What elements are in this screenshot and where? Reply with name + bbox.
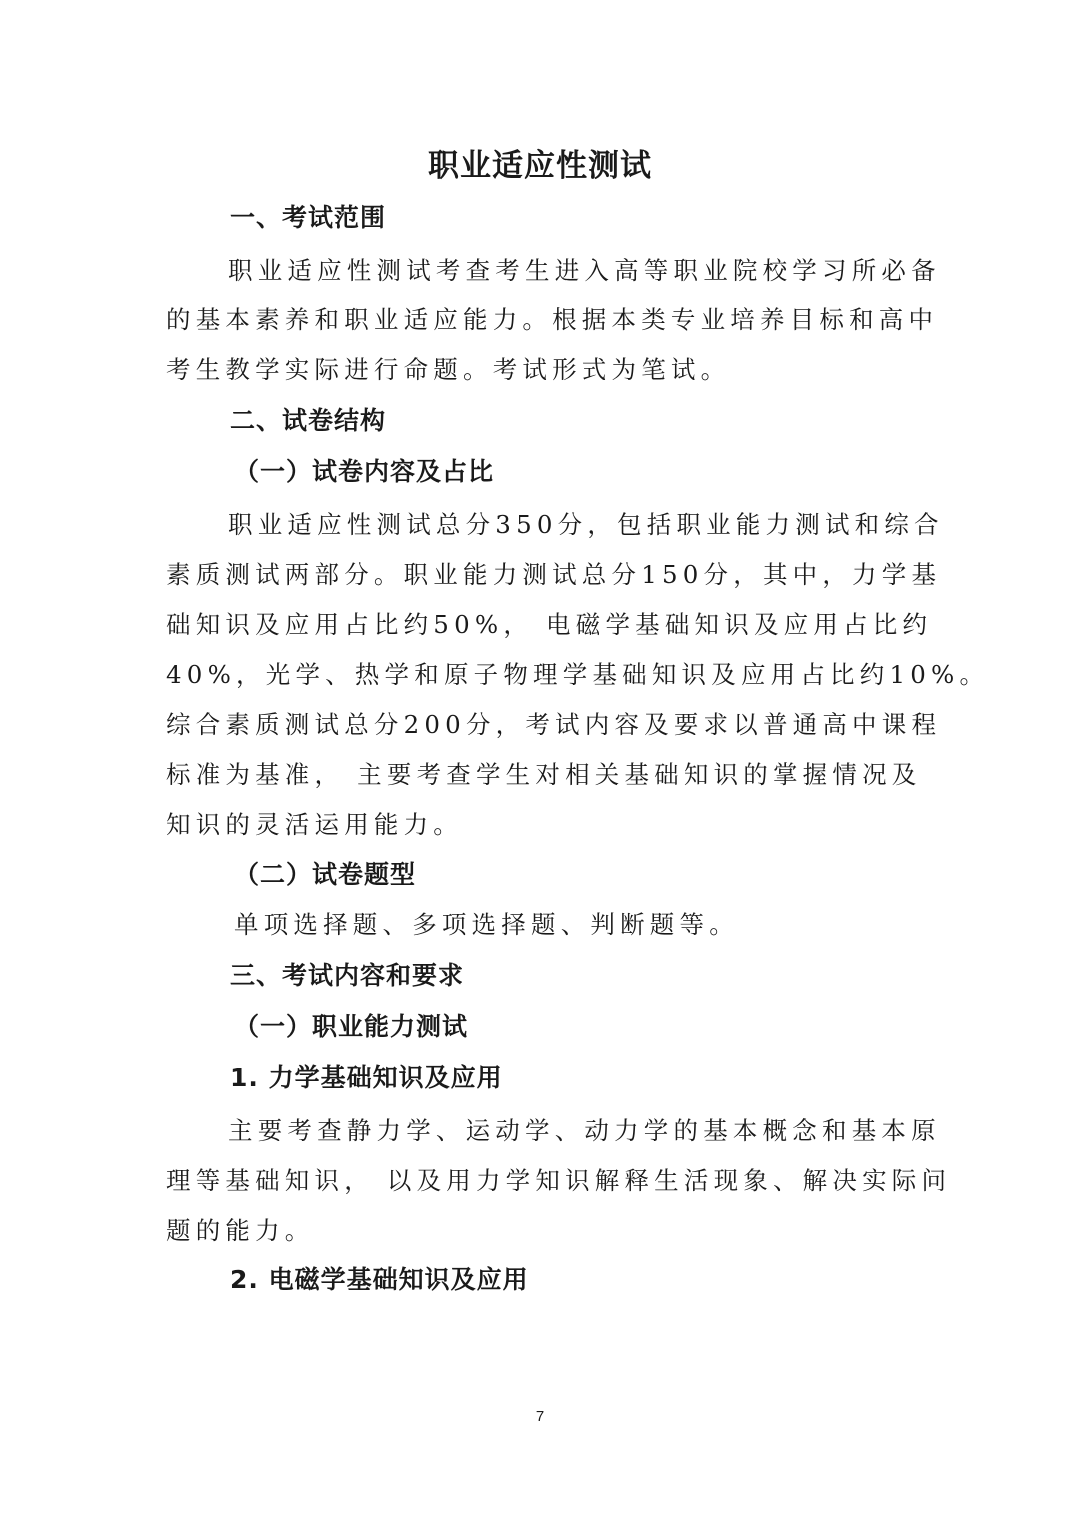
paragraph-line: 职业适应性测试考查考生进入高等职业院校学习所必备	[228, 252, 941, 287]
paragraph-line: 综合素质测试总分200分，考试内容及要求以普通高中课程	[166, 706, 941, 741]
paragraph-line: 考生教学实际进行命题。考试形式为笔试。	[166, 351, 730, 386]
page-number: 7	[0, 1408, 1080, 1425]
subheading-electromagnetism: 2. 电磁学基础知识及应用	[230, 1260, 529, 1296]
section-heading-scope: 一、考试范围	[230, 198, 386, 234]
paragraph-line: 素质测试两部分。职业能力测试总分150分，其中，力学基	[166, 556, 941, 591]
document-title: 职业适应性测试	[0, 140, 1080, 185]
paragraph-line: 础知识及应用占比约50%， 电磁学基础知识及应用占比约	[166, 606, 932, 641]
paragraph-line: 理等基础知识， 以及用力学知识解释生活现象、解决实际问	[166, 1162, 951, 1197]
paragraph-line: 标准为基准， 主要考查学生对相关基础知识的掌握情况及	[166, 756, 922, 791]
paragraph-line: 单项选择题、多项选择题、判断题等。	[234, 906, 739, 941]
paragraph-line: 职业适应性测试总分350分，包括职业能力测试和综合	[228, 506, 944, 541]
paragraph-line: 题的能力。	[166, 1212, 315, 1247]
paragraph-line: 40%，光学、热学和原子物理学基础知识及应用占比约10%。	[166, 656, 989, 691]
subheading-vocational-ability: （一）职业能力测试	[234, 1007, 468, 1043]
subheading-content-ratio: （一）试卷内容及占比	[234, 452, 494, 488]
paragraph-line: 知识的灵活运用能力。	[166, 806, 463, 841]
subheading-question-types: （二）试卷题型	[234, 855, 416, 891]
section-heading-content-requirements: 三、考试内容和要求	[230, 956, 464, 992]
paragraph-line: 的基本素养和职业适应能力。根据本类专业培养目标和高中	[166, 301, 938, 336]
paragraph-line: 主要考查静力学、运动学、动力学的基本概念和基本原	[228, 1112, 941, 1147]
section-heading-structure: 二、试卷结构	[230, 401, 386, 437]
document-page: 职业适应性测试 一、考试范围 职业适应性测试考查考生进入高等职业院校学习所必备 …	[0, 0, 1080, 1527]
subheading-mechanics: 1. 力学基础知识及应用	[230, 1058, 503, 1094]
